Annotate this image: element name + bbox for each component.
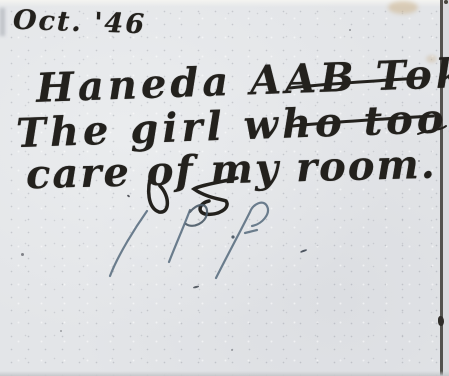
pencil-stroke-p2-tick xyxy=(245,230,257,233)
pencil-stroke-p2 xyxy=(216,203,268,278)
photo-back-scan: Oct. '46 Haneda AAB Tokyo. The girl who … xyxy=(0,0,449,376)
took-k-tail-stroke xyxy=(418,126,446,134)
took-crossbar-stroke xyxy=(293,116,433,126)
handwriting-strokes xyxy=(0,0,449,376)
ink-flourish-of-descender xyxy=(149,172,168,212)
pencil-stroke-p1-stem xyxy=(169,210,190,262)
pencil-marks xyxy=(110,203,268,278)
tokyo-crossbar-stroke xyxy=(290,78,421,88)
pencil-dot xyxy=(231,235,234,238)
pencil-stroke-slash xyxy=(110,211,147,276)
ink-flourish-my-tail xyxy=(194,178,237,214)
